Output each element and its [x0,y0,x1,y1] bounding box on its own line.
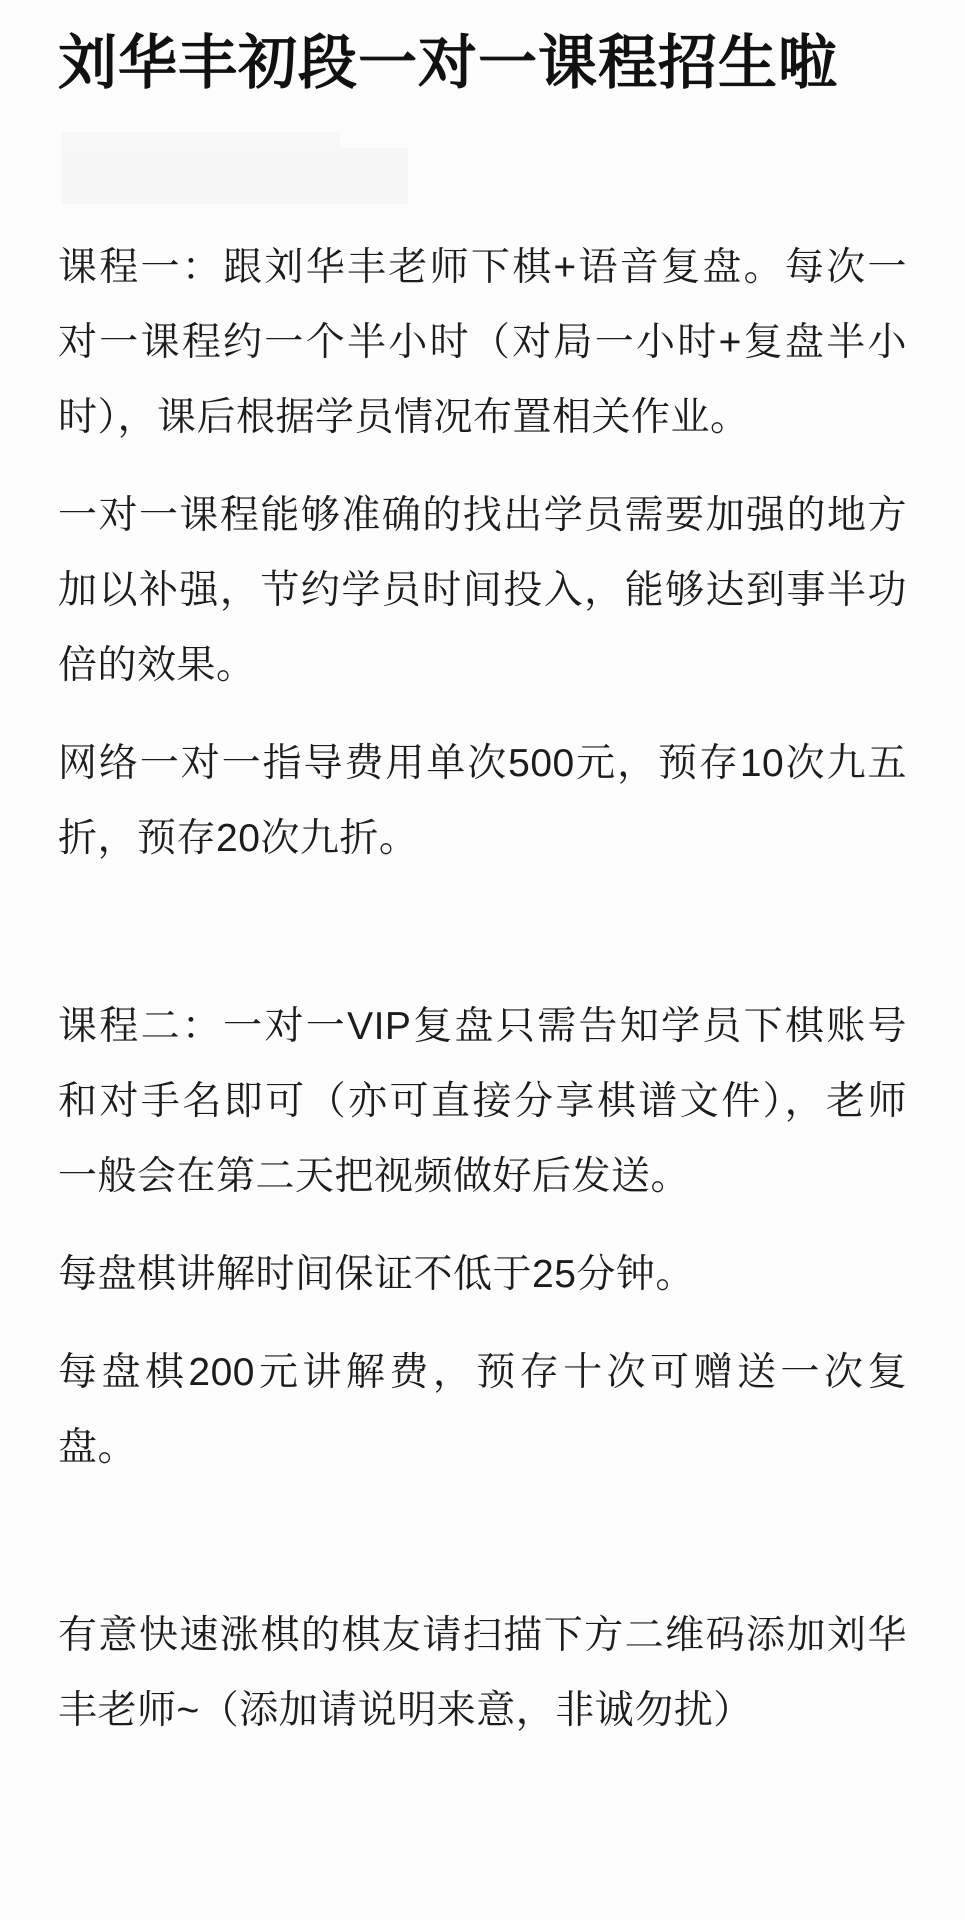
section-divider-gap [58,1508,907,1598]
paragraph-course-2-price: 每盘棋200元讲解费，预存十次可赠送一次复盘。 [58,1335,907,1485]
paragraph-contact-note: 有意快速涨棋的棋友请扫描下方二维码添加刘华丰老师~（添加请说明来意，非诚勿扰） [58,1598,907,1748]
section-divider-gap [58,899,907,989]
faded-block-step [62,132,340,149]
article-body: 课程一：跟刘华丰老师下棋+语音复盘。每次一对一课程约一个半小时（对局一小时+复盘… [58,230,907,1748]
faded-block-main [62,148,408,204]
paragraph-course-1-intro: 课程一：跟刘华丰老师下棋+语音复盘。每次一对一课程约一个半小时（对局一小时+复盘… [58,230,907,455]
page-title: 刘华丰初段一对一课程招生啦 [58,24,907,102]
paragraph-course-2-intro: 课程二：一对一VIP复盘只需告知学员下棋账号和对手名即可（亦可直接分享棋谱文件）… [58,989,907,1214]
paragraph-course-1-benefit: 一对一课程能够准确的找出学员需要加强的地方加以补强，节约学员时间投入，能够达到事… [58,478,907,703]
paragraph-course-1-price: 网络一对一指导费用单次500元，预存10次九五折，预存20次九折。 [58,726,907,876]
article-page: 刘华丰初段一对一课程招生啦 课程一：跟刘华丰老师下棋+语音复盘。每次一对一课程约… [0,0,965,1920]
article-content: 刘华丰初段一对一课程招生啦 课程一：跟刘华丰老师下棋+语音复盘。每次一对一课程约… [0,0,965,1748]
paragraph-course-2-duration: 每盘棋讲解时间保证不低于25分钟。 [58,1237,907,1312]
faded-content-block [58,132,907,204]
